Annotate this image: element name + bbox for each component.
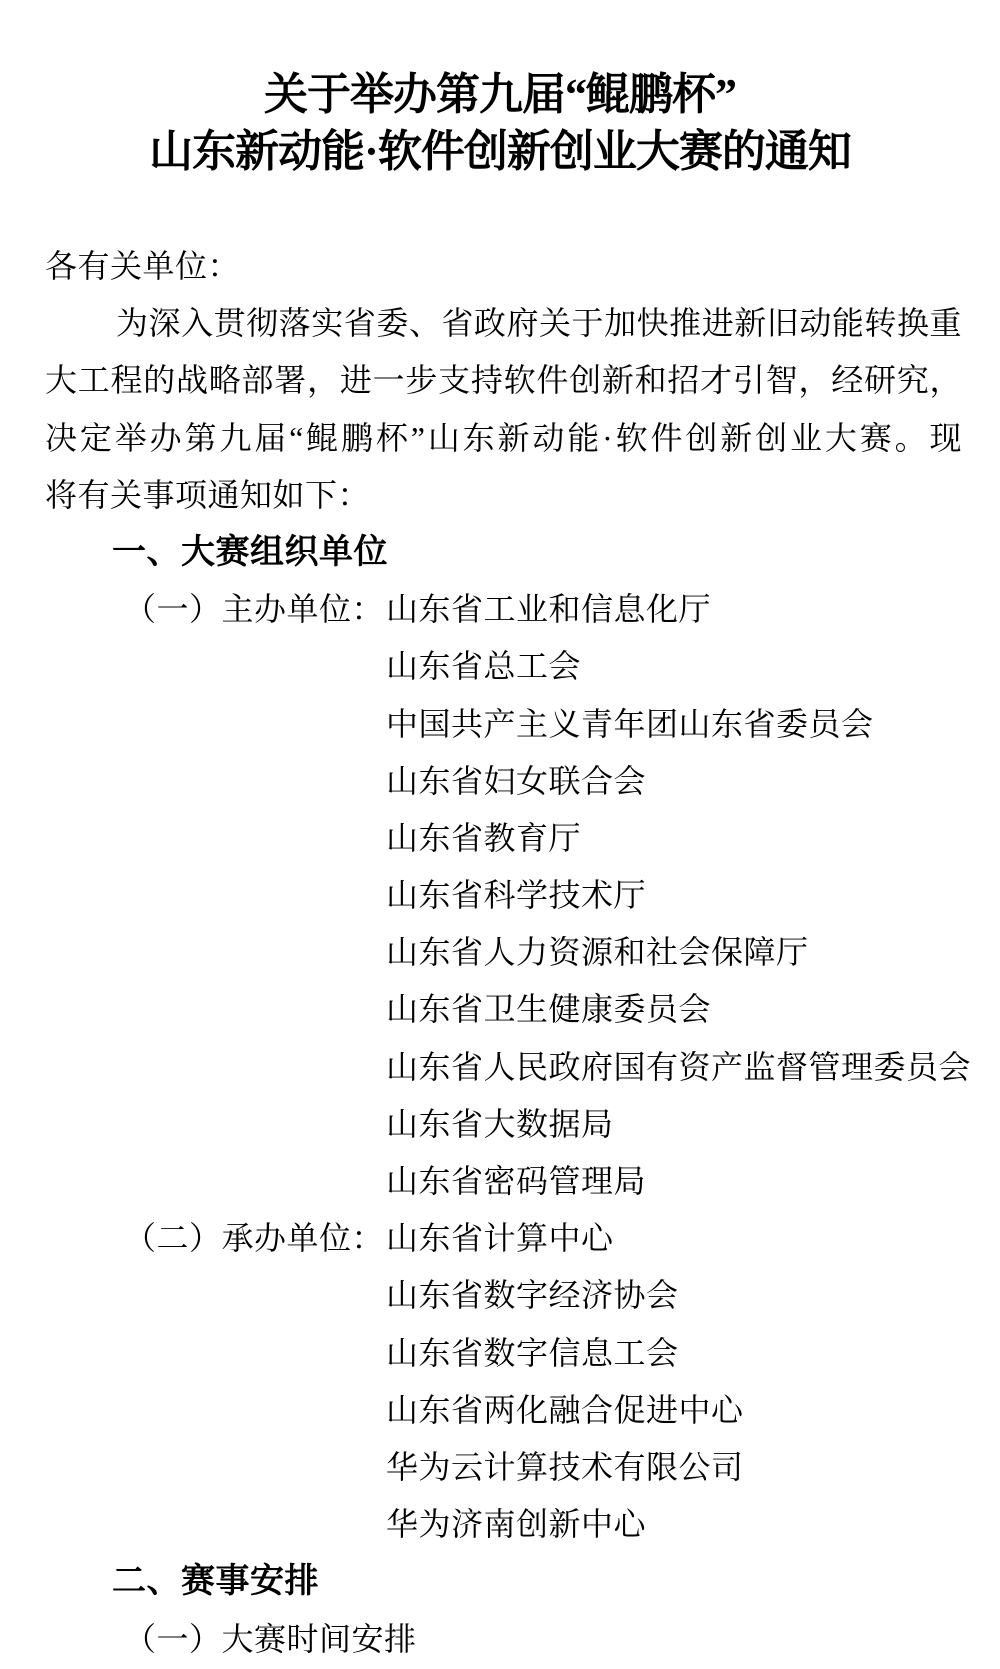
document-title-line-2: 山东新动能·软件创新创业大赛的通知 — [0, 123, 1000, 180]
undertaker-unit-row: 华为云计算技术有限公司 — [45, 1439, 962, 1496]
host-unit: 山东省妇女联合会 — [386, 753, 646, 810]
host-unit: 山东省科学技术厅 — [386, 867, 646, 924]
undertaker-unit-row: 山东省数字信息工会 — [45, 1325, 962, 1382]
host-unit: 山东省教育厅 — [386, 810, 581, 867]
host-unit: 山东省大数据局 — [386, 1096, 614, 1153]
document-body: 各有关单位： 为深入贯彻落实省委、省政府关于加快推进新旧动能转换重 大工程的战略… — [45, 238, 962, 1668]
host-unit-row: 山东省大数据局 — [45, 1096, 962, 1153]
undertaker-unit: 山东省数字经济协会 — [386, 1267, 679, 1324]
host-unit: 山东省总工会 — [386, 638, 581, 695]
undertaker-units-first-row: （二）承办单位： 山东省计算中心 — [45, 1210, 962, 1267]
section-1-heading: 一、大赛组织单位 — [45, 524, 962, 581]
intro-line-1: 为深入贯彻落实省委、省政府关于加快推进新旧动能转换重 — [45, 295, 962, 352]
host-unit: 山东省人力资源和社会保障厅 — [386, 924, 809, 981]
undertaker-unit-row: 华为济南创新中心 — [45, 1496, 962, 1553]
host-unit: 山东省人民政府国有资产监督管理委员会 — [386, 1039, 971, 1096]
host-unit-row: 山东省人力资源和社会保障厅 — [45, 924, 962, 981]
host-unit-row: 山东省人民政府国有资产监督管理委员会 — [45, 1039, 962, 1096]
undertaker-unit-row: 山东省数字经济协会 — [45, 1267, 962, 1324]
undertaker-unit: 山东省计算中心 — [386, 1210, 614, 1267]
undertaker-unit: 山东省数字信息工会 — [386, 1325, 679, 1382]
undertaker-unit-row: 山东省两化融合促进中心 — [45, 1382, 962, 1439]
host-unit: 山东省卫生健康委员会 — [386, 981, 711, 1038]
host-unit-row: 山东省教育厅 — [45, 810, 962, 867]
undertaker-unit: 华为云计算技术有限公司 — [386, 1439, 744, 1496]
host-units-label: （一）主办单位： — [124, 581, 384, 638]
host-unit: 中国共产主义青年团山东省委员会 — [386, 696, 874, 753]
host-unit-row: 山东省科学技术厅 — [45, 867, 962, 924]
undertaker-units-label: （二）承办单位： — [124, 1210, 384, 1267]
undertaker-unit: 山东省两化融合促进中心 — [386, 1382, 744, 1439]
document-title-line-1: 关于举办第九届“鲲鹏杯” — [0, 66, 1000, 123]
section-2-item-1: （一）大赛时间安排 — [45, 1611, 962, 1668]
host-unit: 山东省密码管理局 — [386, 1153, 646, 1210]
host-unit-row: 山东省妇女联合会 — [45, 753, 962, 810]
undertaker-unit: 华为济南创新中心 — [386, 1496, 646, 1553]
host-unit-row: 山东省卫生健康委员会 — [45, 981, 962, 1038]
host-unit-row: 山东省总工会 — [45, 638, 962, 695]
host-unit: 山东省工业和信息化厅 — [386, 581, 711, 638]
host-unit-row: 山东省密码管理局 — [45, 1153, 962, 1210]
intro-line-2: 大工程的战略部署，进一步支持软件创新和招才引智，经研究， — [45, 352, 962, 409]
intro-line-4: 将有关事项通知如下： — [45, 467, 962, 524]
intro-line-3: 决定举办第九届“鲲鹏杯”山东新动能·软件创新创业大赛。现 — [45, 410, 962, 467]
salutation: 各有关单位： — [45, 238, 962, 295]
host-unit-row: 中国共产主义青年团山东省委员会 — [45, 696, 962, 753]
document-title: 关于举办第九届“鲲鹏杯” 山东新动能·软件创新创业大赛的通知 — [0, 66, 1000, 180]
section-2-heading: 二、赛事安排 — [45, 1553, 962, 1610]
notice-document-page: 关于举办第九届“鲲鹏杯” 山东新动能·软件创新创业大赛的通知 各有关单位： 为深… — [0, 0, 1000, 1669]
host-units-first-row: （一）主办单位： 山东省工业和信息化厅 — [45, 581, 962, 638]
